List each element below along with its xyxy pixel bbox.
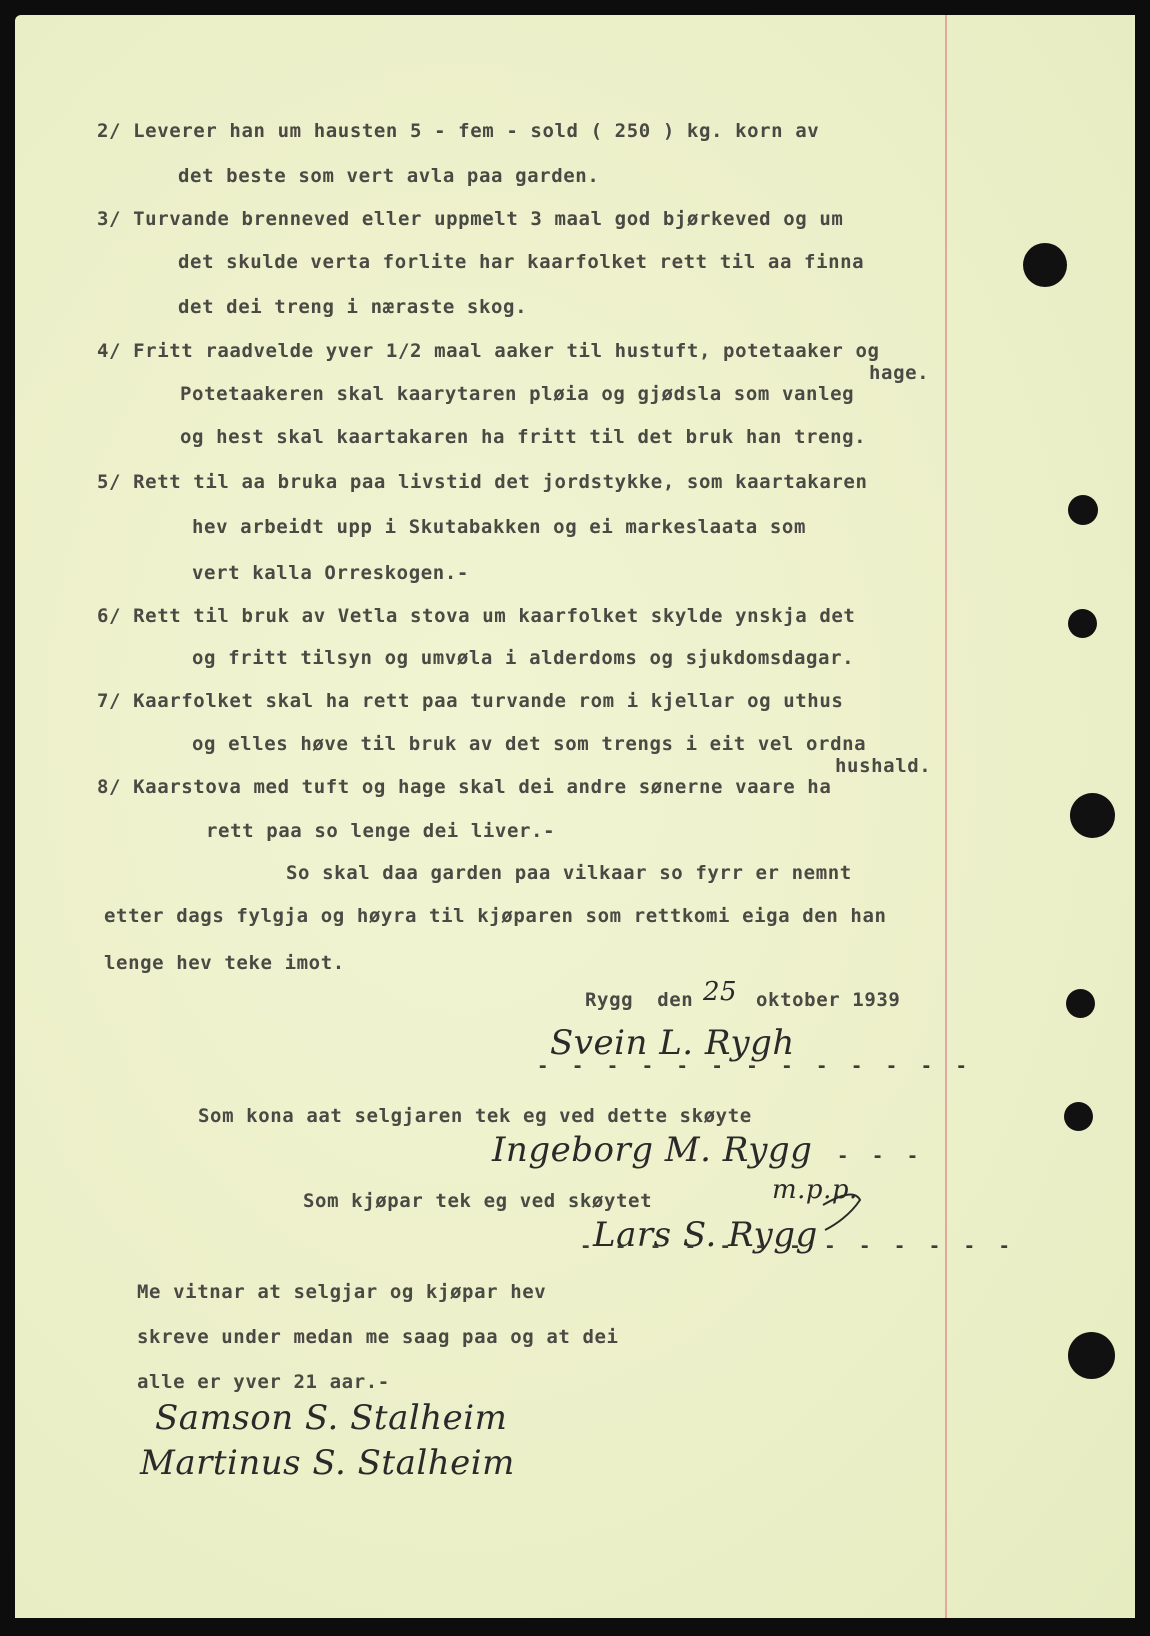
clause-7-overflow: hushald. xyxy=(835,755,931,777)
witness-text-line-3: alle er yver 21 aar.- xyxy=(137,1371,390,1393)
punch-hole-icon xyxy=(1068,1332,1115,1379)
wife-statement: Som kona aat selgjaren tek eg ved dette … xyxy=(198,1105,752,1127)
buyer-signature-line: - - - - - - - - - - - - - xyxy=(580,1235,1016,1257)
buyer-flourish-icon xyxy=(815,1175,875,1235)
witness-text-line-1: Me vitnar at selgjar og kjøpar hev xyxy=(137,1281,546,1303)
punch-hole-icon xyxy=(1023,243,1067,287)
punch-hole-icon xyxy=(1064,1102,1093,1131)
clause-4-line-3: og hest skal kaartakaren ha fritt til de… xyxy=(180,426,866,448)
clause-7-line-2: og elles høve til bruk av det som trengs… xyxy=(192,733,866,755)
clause-4-overflow: hage. xyxy=(869,362,929,384)
clause-5-line-2: hev arbeidt upp i Skutabakken og ei mark… xyxy=(192,516,806,538)
clause-2-line-1: 2/ Leverer han um hausten 5 - fem - sold… xyxy=(97,120,819,142)
clause-5-line-3: vert kalla Orreskogen.- xyxy=(192,562,469,584)
clause-3-line-3: det dei treng i næraste skog. xyxy=(178,296,527,318)
buyer-statement: Som kjøpar tek eg ved skøytet xyxy=(303,1190,652,1212)
clause-3-line-2: det skulde verta forlite har kaarfolket … xyxy=(178,251,864,273)
witness-signature-1: Samson S. Stalheim xyxy=(155,1398,507,1438)
red-margin-line xyxy=(945,15,947,1618)
clause-3-line-1: 3/ Turvande brenneved eller uppmelt 3 ma… xyxy=(97,208,843,230)
witness-text-line-2: skreve under medan me saag paa og at dei xyxy=(137,1326,619,1348)
punch-hole-icon xyxy=(1068,609,1097,638)
closing-line-2: etter dags fylgja og høyra til kjøparen … xyxy=(104,905,887,927)
closing-line-3: lenge hev teke imot. xyxy=(104,952,345,974)
clause-7-line-1: 7/ Kaarfolket skal ha rett paa turvande … xyxy=(97,690,843,712)
punch-hole-icon xyxy=(1070,793,1115,838)
clause-8-line-1: 8/ Kaarstova med tuft og hage skal dei a… xyxy=(97,776,831,798)
seller-signature-line: - - - - - - - - - - - - - xyxy=(537,1055,973,1077)
clause-4-line-1: 4/ Fritt raadvelde yver 1/2 maal aaker t… xyxy=(97,340,880,362)
wife-signature-line: - - - xyxy=(837,1145,924,1167)
punch-hole-icon xyxy=(1068,495,1098,525)
clause-6-line-2: og fritt tilsyn og umvøla i alderdoms og… xyxy=(192,647,854,669)
clause-5-line-1: 5/ Rett til aa bruka paa livstid det jor… xyxy=(97,471,868,493)
witness-signature-2: Martinus S. Stalheim xyxy=(140,1443,515,1483)
dateline-day: 25 xyxy=(703,977,737,1007)
closing-line-1: So skal daa garden paa vilkaar so fyrr e… xyxy=(286,862,852,884)
dateline-suffix: oktober 1939 xyxy=(756,989,900,1011)
clause-6-line-1: 6/ Rett til bruk av Vetla stova um kaarf… xyxy=(97,605,855,627)
wife-signature: Ingeborg M. Rygg xyxy=(492,1130,812,1170)
document-page: 2/ Leverer han um hausten 5 - fem - sold… xyxy=(15,15,1135,1618)
punch-hole-icon xyxy=(1066,989,1095,1018)
clause-2-line-2: det beste som vert avla paa garden. xyxy=(178,165,599,187)
dateline-prefix: Rygg den xyxy=(585,989,693,1011)
clause-4-line-2: Potetaakeren skal kaarytaren pløia og gj… xyxy=(180,383,854,405)
clause-8-line-2: rett paa so lenge dei liver.- xyxy=(206,820,555,842)
